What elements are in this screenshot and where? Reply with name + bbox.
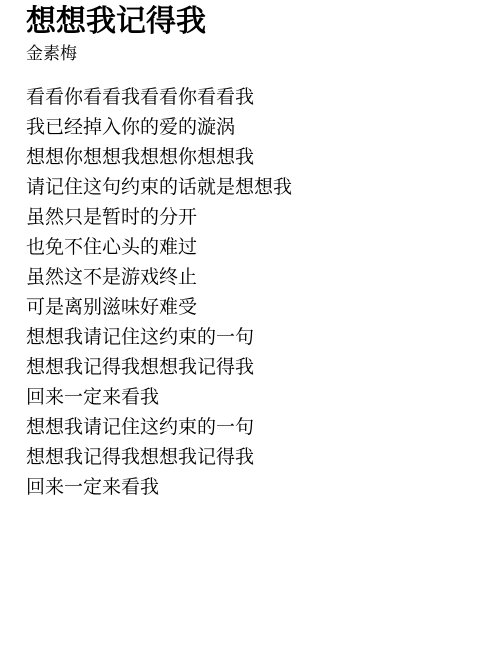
lyric-line: 看看你看看我看看你看看我 [26, 83, 480, 113]
lyric-line: 想想我记得我想想我记得我 [26, 353, 480, 383]
lyric-line: 我已经掉入你的爱的漩涡 [26, 113, 480, 143]
lyric-line: 回来一定来看我 [26, 383, 480, 413]
lyric-line: 想想我请记住这约束的一句 [26, 323, 480, 353]
song-title: 想想我记得我 [26, 0, 480, 40]
lyrics-body: 看看你看看我看看你看看我我已经掉入你的爱的漩涡想想你想想我想想你想想我请记住这句… [26, 83, 480, 503]
lyric-line: 想想我记得我想想我记得我 [26, 443, 480, 473]
lyric-line: 想想你想想我想想你想想我 [26, 143, 480, 173]
lyric-line: 虽然只是暂时的分开 [26, 203, 480, 233]
lyric-line: 可是离别滋味好难受 [26, 293, 480, 323]
lyric-line: 请记住这句约束的话就是想想我 [26, 173, 480, 203]
lyric-line: 虽然这不是游戏终止 [26, 263, 480, 293]
lyric-line: 回来一定来看我 [26, 473, 480, 503]
artist-name: 金素梅 [26, 43, 480, 65]
lyric-line: 想想我请记住这约束的一句 [26, 413, 480, 443]
lyrics-page: 想想我记得我 金素梅 看看你看看我看看你看看我我已经掉入你的爱的漩涡想想你想想我… [0, 0, 500, 503]
lyric-line: 也免不住心头的难过 [26, 233, 480, 263]
